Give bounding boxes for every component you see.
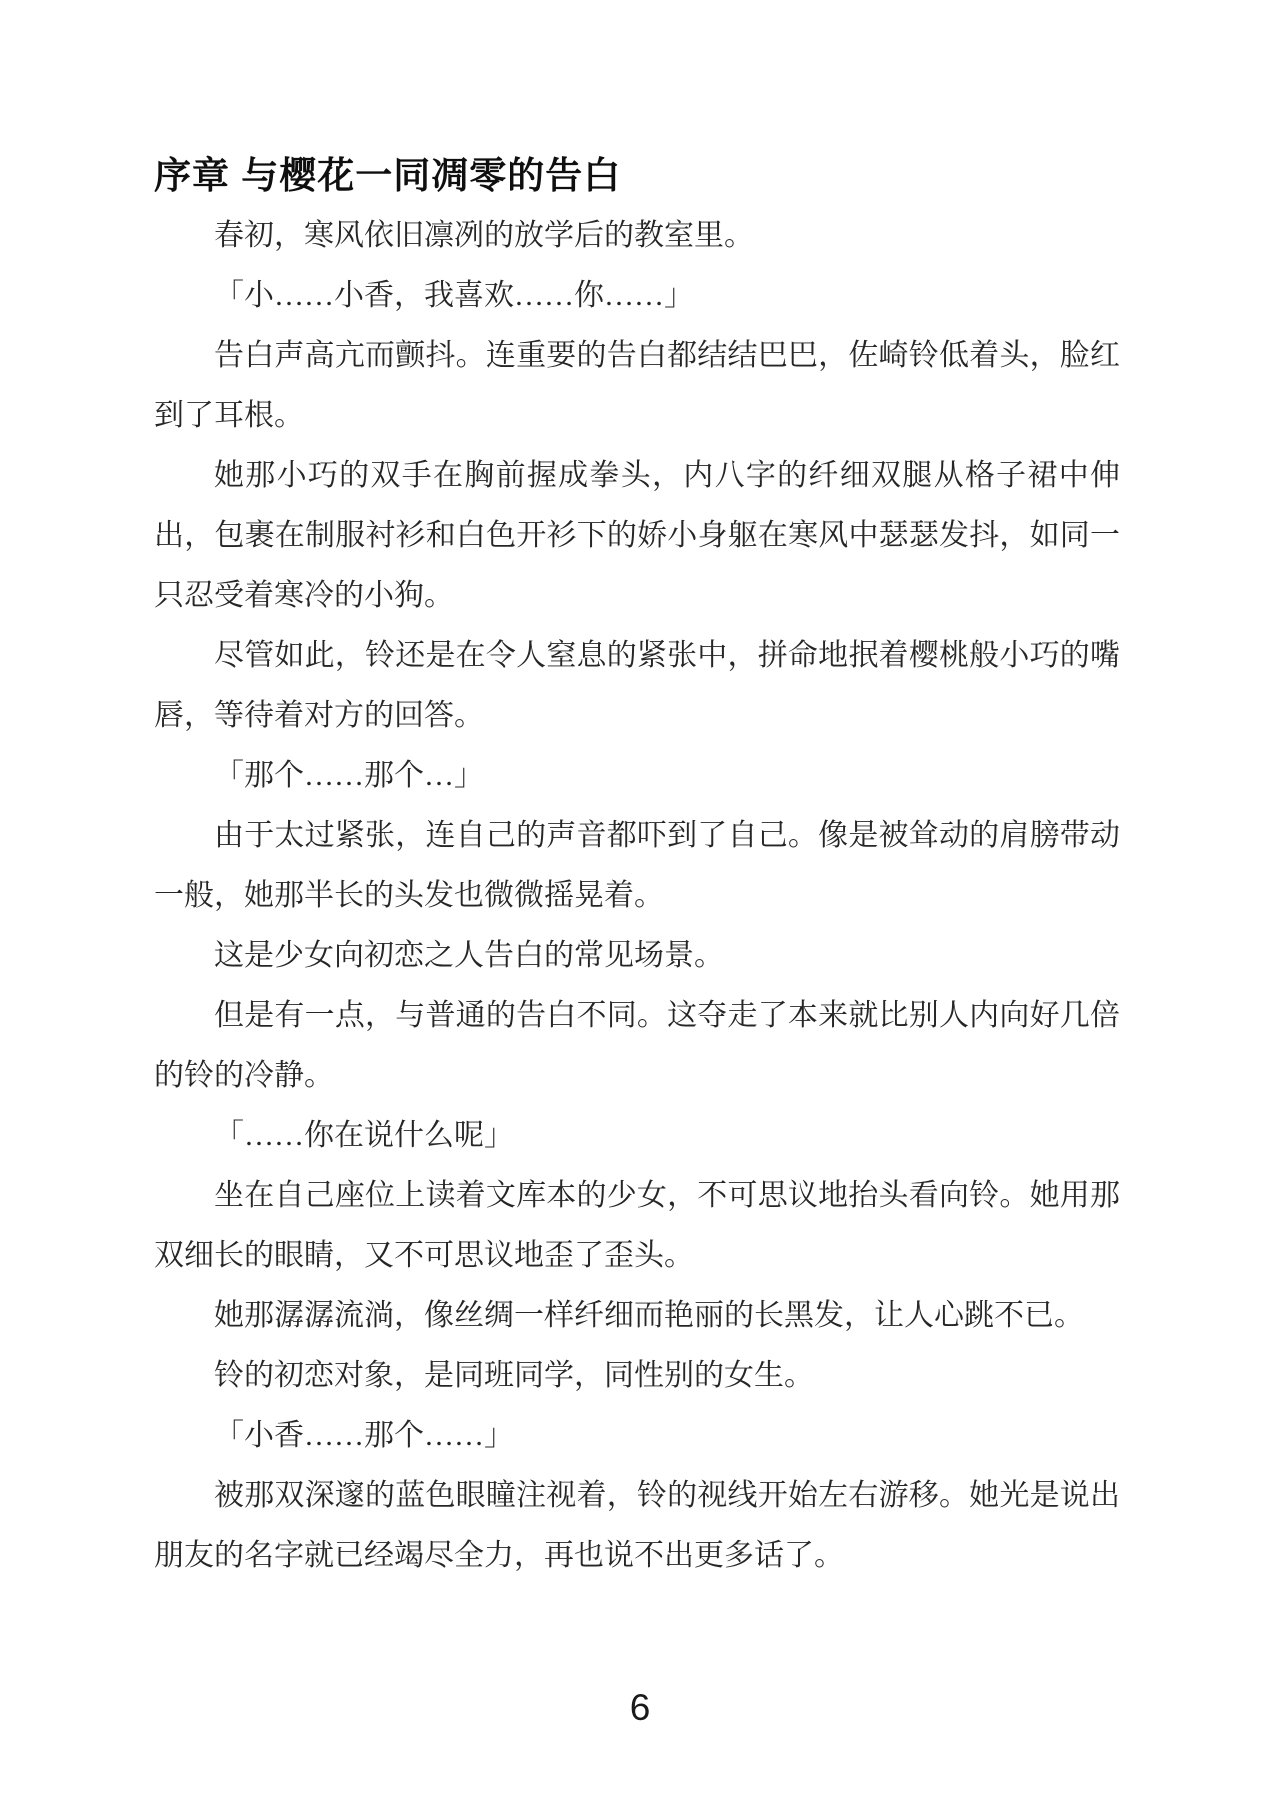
paragraph: 她那潺潺流淌，像丝绸一样纤细而艳丽的长黑发，让人心跳不已。 [154, 1286, 1120, 1346]
paragraph: 「小……小香，我喜欢……你……」 [154, 266, 1120, 326]
paragraph: 「……你在说什么呢」 [154, 1106, 1120, 1166]
page-content: 序章 与樱花一同凋零的告白 春初，寒风依旧凛冽的放学后的教室里。「小……小香，我… [154, 146, 1120, 1586]
paragraph: 被那双深邃的蓝色眼瞳注视着，铃的视线开始左右游移。她光是说出朋友的名字就已经竭尽… [154, 1466, 1120, 1586]
page-number: 6 [0, 1688, 1280, 1728]
paragraph: 尽管如此，铃还是在令人窒息的紧张中，拼命地抿着樱桃般小巧的嘴唇，等待着对方的回答… [154, 626, 1120, 746]
paragraph: 铃的初恋对象，是同班同学，同性别的女生。 [154, 1346, 1120, 1406]
chapter-body: 春初，寒风依旧凛冽的放学后的教室里。「小……小香，我喜欢……你……」告白声高亢而… [154, 206, 1120, 1586]
paragraph: 但是有一点，与普通的告白不同。这夺走了本来就比别人内向好几倍的铃的冷静。 [154, 986, 1120, 1106]
novel-page: 序章 与樱花一同凋零的告白 春初，寒风依旧凛冽的放学后的教室里。「小……小香，我… [0, 0, 1280, 1810]
paragraph: 这是少女向初恋之人告白的常见场景。 [154, 926, 1120, 986]
paragraph: 坐在自己座位上读着文库本的少女，不可思议地抬头看向铃。她用那双细长的眼睛，又不可… [154, 1166, 1120, 1286]
chapter-title: 序章 与樱花一同凋零的告白 [154, 146, 1120, 206]
paragraph: 春初，寒风依旧凛冽的放学后的教室里。 [154, 206, 1120, 266]
paragraph: 她那小巧的双手在胸前握成拳头，内八字的纤细双腿从格子裙中伸出，包裹在制服衬衫和白… [154, 446, 1120, 626]
paragraph: 「小香……那个……」 [154, 1406, 1120, 1466]
paragraph: 告白声高亢而颤抖。连重要的告白都结结巴巴，佐崎铃低着头，脸红到了耳根。 [154, 326, 1120, 446]
paragraph: 「那个……那个…」 [154, 746, 1120, 806]
paragraph: 由于太过紧张，连自己的声音都吓到了自己。像是被耸动的肩膀带动一般，她那半长的头发… [154, 806, 1120, 926]
